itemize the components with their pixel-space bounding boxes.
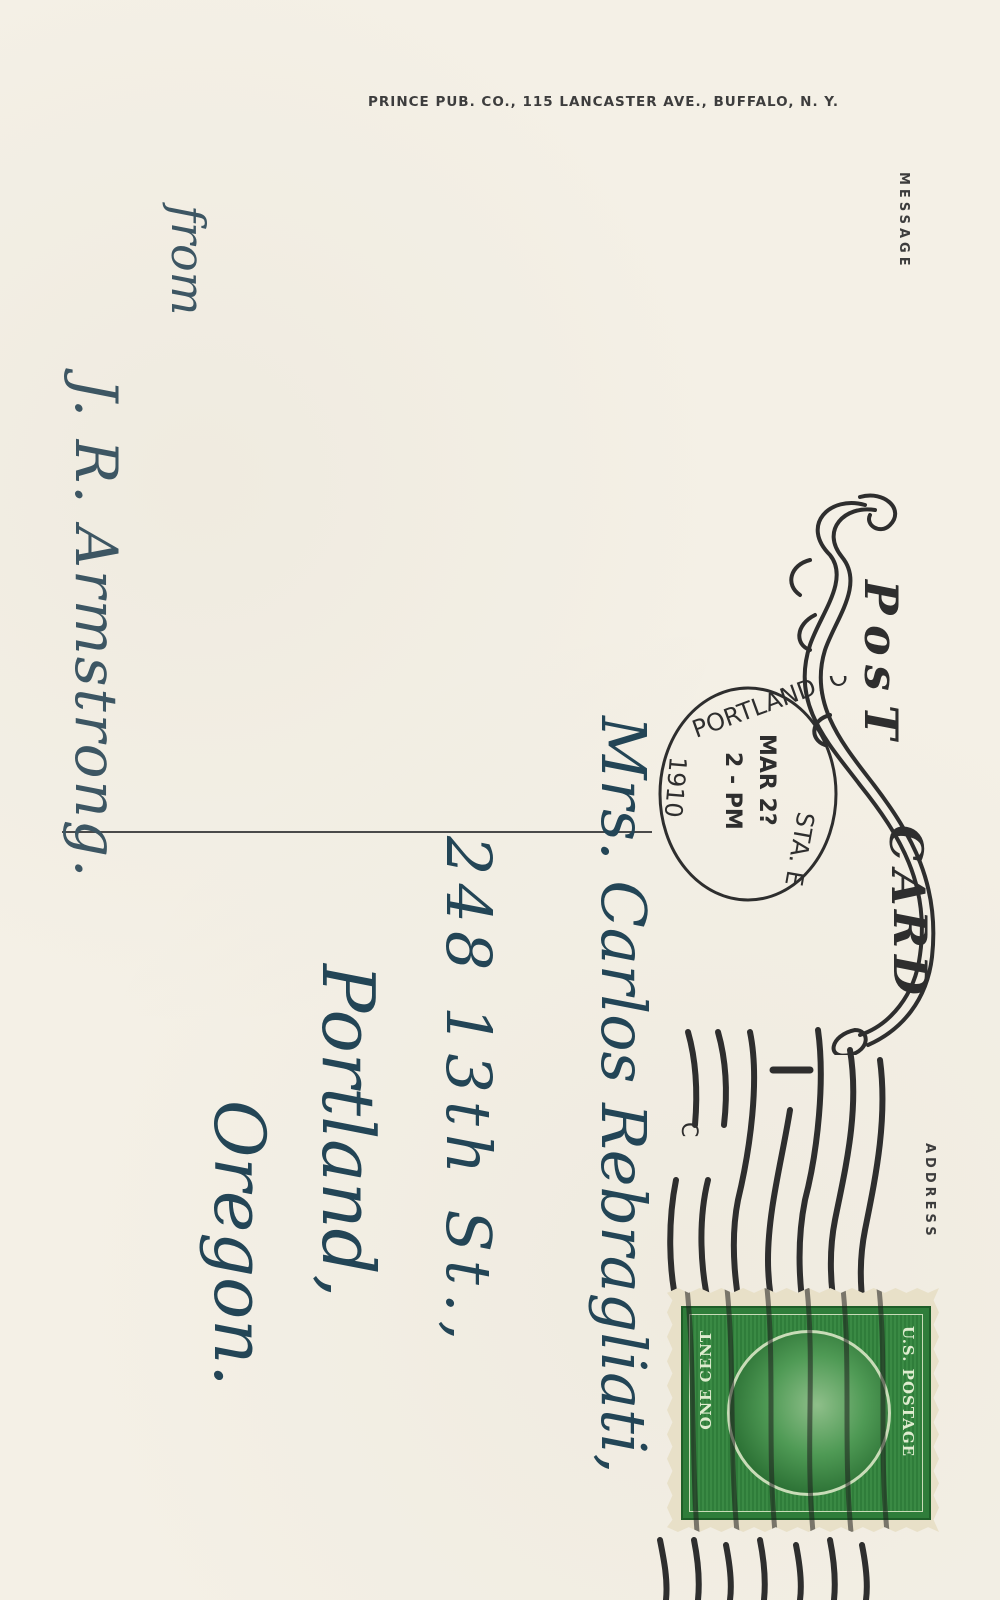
message-address-divider	[62, 831, 652, 833]
postcard-back: PRINCE PUB. CO., 115 LANCASTER AVE., BUF…	[0, 0, 1000, 1600]
svg-text:s: s	[854, 664, 908, 691]
cancel-letter: C	[676, 1122, 701, 1137]
message-label: MESSAGE	[896, 172, 911, 270]
city: Portland,	[306, 964, 390, 1298]
svg-text:A: A	[881, 866, 935, 906]
svg-text:C: C	[879, 825, 933, 862]
sender-name: J. R. Armstrong.	[62, 378, 130, 879]
stamp-denomination: ONE CENT	[697, 1330, 715, 1430]
state: Oregon.	[198, 1100, 280, 1387]
svg-text:T: T	[854, 705, 908, 743]
publisher-line: PRINCE PUB. CO., 115 LANCASTER AVE., BUF…	[368, 94, 839, 110]
from-word: from	[161, 205, 215, 315]
svg-text:P: P	[854, 578, 908, 616]
street-address: 248 13th St.,	[432, 836, 505, 1348]
postmark-time: 2 - PM	[720, 752, 745, 830]
postmark-year: 1910	[659, 755, 692, 818]
postmark-icon: PORTLAND, ORE. 1910 STA. E MAR 2? 2 - PM	[648, 676, 848, 916]
svg-text:R: R	[883, 908, 937, 948]
recipient-name: Mrs. Carlos Rebragliati,	[587, 716, 660, 1474]
portrait-icon	[727, 1330, 891, 1496]
stamp-country: U.S. POSTAGE	[899, 1326, 917, 1457]
postmark-station: STA. E	[779, 810, 820, 888]
svg-text:D: D	[883, 953, 937, 995]
postmark-date: MAR 2?	[754, 734, 779, 826]
svg-text:o: o	[854, 625, 908, 656]
postage-stamp: ONE CENT U.S. POSTAGE	[667, 1288, 939, 1532]
